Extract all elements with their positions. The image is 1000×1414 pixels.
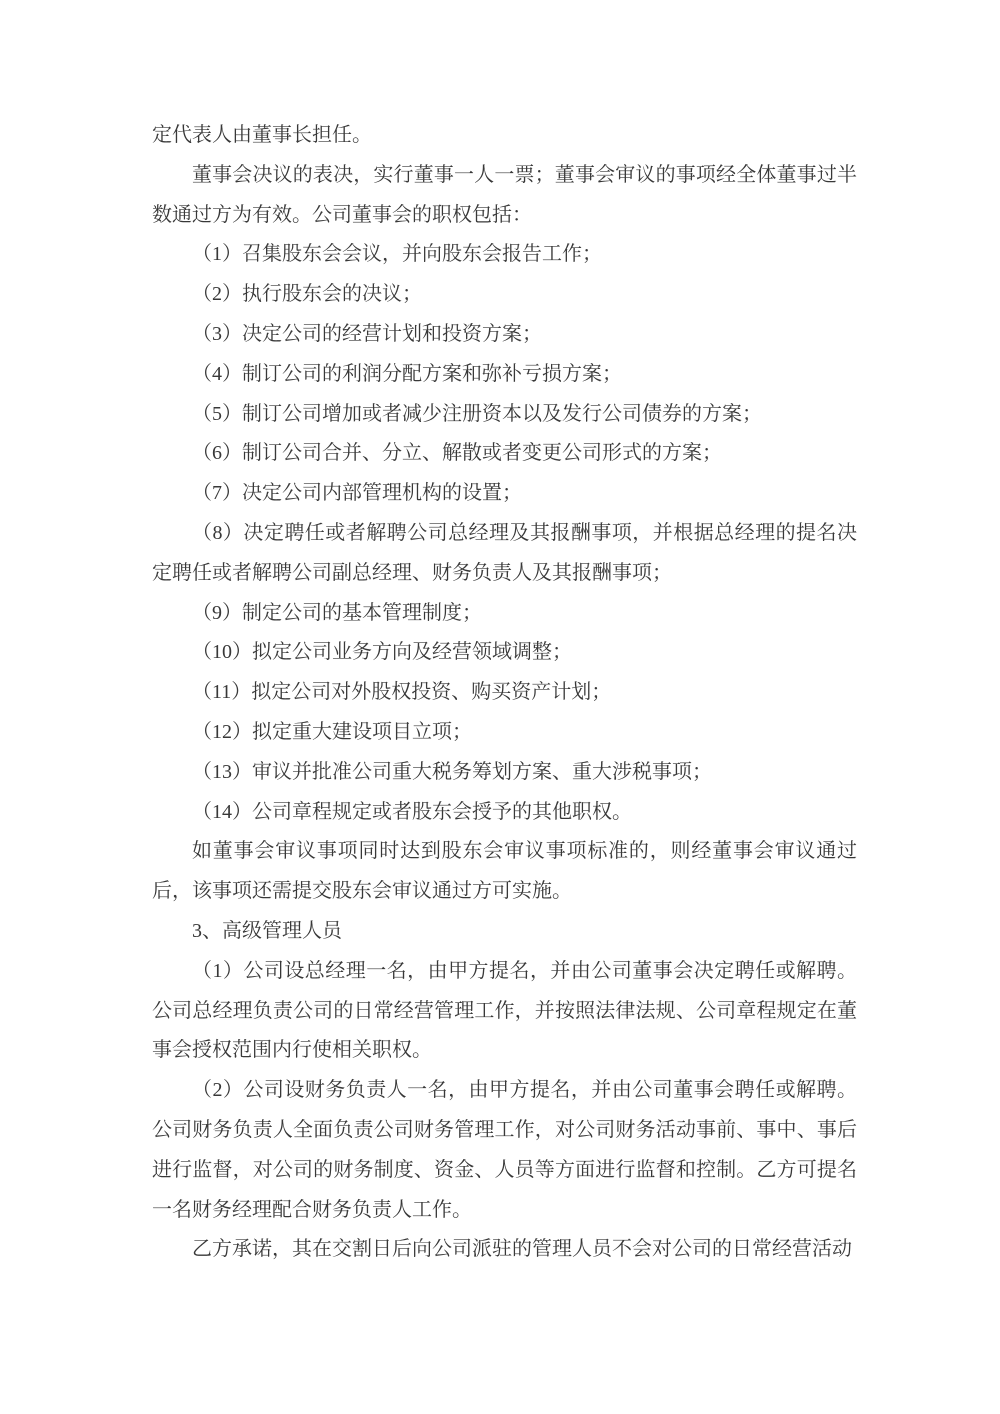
board-power-item-14: （14）公司章程规定或者股东会授予的其他职权。 [152,793,857,833]
para-cfo-appointment: （2）公司设财务负责人一名，由甲方提名，并由公司董事会聘任或解聘。公司财务负责人… [152,1071,857,1230]
board-power-item-6: （6）制订公司合并、分立、解散或者变更公司形式的方案； [152,434,857,474]
board-power-item-9: （9）制定公司的基本管理制度； [152,594,857,634]
line-continuation-legal-representative: 定代表人由董事长担任。 [152,116,857,156]
board-power-item-11: （11）拟定公司对外股权投资、购买资产计划； [152,673,857,713]
board-power-item-10: （10）拟定公司业务方向及经营领域调整； [152,633,857,673]
heading-senior-management: 3、高级管理人员 [152,912,857,952]
document-page: 定代表人由董事长担任。 董事会决议的表决，实行董事一人一票；董事会审议的事项经全… [0,0,1000,1414]
board-power-item-4: （4）制订公司的利润分配方案和弥补亏损方案； [152,355,857,395]
para-board-voting-rules: 董事会决议的表决，实行董事一人一票；董事会审议的事项经全体董事过半数通过方为有效… [152,156,857,236]
board-power-item-13: （13）审议并批准公司重大税务筹划方案、重大涉税事项； [152,753,857,793]
para-shareholder-meeting-approval: 如董事会审议事项同时达到股东会审议事项标准的，则经董事会审议通过后，该事项还需提… [152,832,857,912]
para-partyb-commitment: 乙方承诺，其在交割日后向公司派驻的管理人员不会对公司的日常经营活动 [152,1230,857,1270]
board-power-item-7: （7）决定公司内部管理机构的设置； [152,474,857,514]
board-power-item-12: （12）拟定重大建设项目立项； [152,713,857,753]
board-power-item-8: （8）决定聘任或者解聘公司总经理及其报酬事项，并根据总经理的提名决定聘任或者解聘… [152,514,857,594]
board-power-item-5: （5）制订公司增加或者减少注册资本以及发行公司债券的方案； [152,395,857,435]
board-power-item-3: （3）决定公司的经营计划和投资方案； [152,315,857,355]
board-power-item-2: （2）执行股东会的决议； [152,275,857,315]
para-general-manager-appointment: （1）公司设总经理一名，由甲方提名，并由公司董事会决定聘任或解聘。公司总经理负责… [152,952,857,1071]
board-power-item-1: （1）召集股东会会议，并向股东会报告工作； [152,235,857,275]
